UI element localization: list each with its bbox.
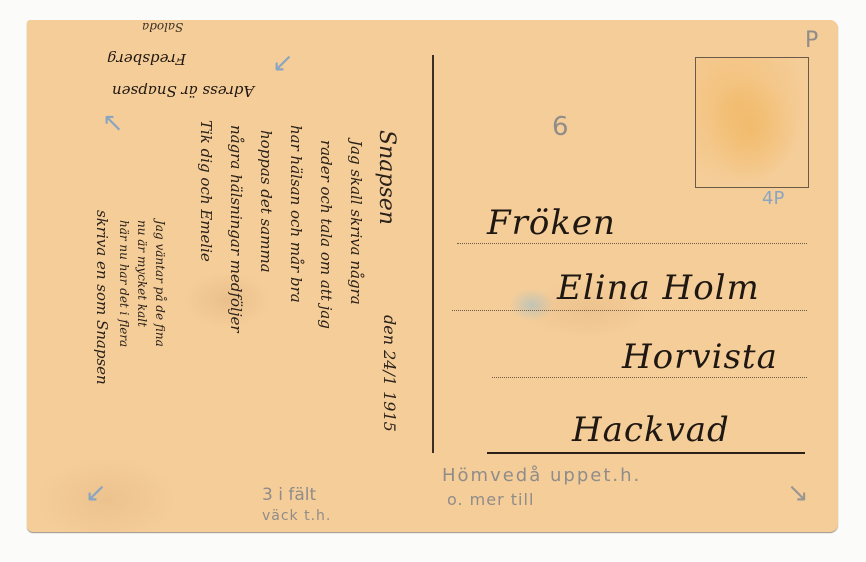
address-city: Hackvad — [572, 410, 730, 450]
message-line: nu är mycket kalt — [135, 220, 149, 327]
arrow-icon: ↘ — [787, 478, 809, 508]
message-date: den 24/1 1915 — [380, 315, 399, 432]
postcard-back: P 4P Fröken Elina Holm Horvista Hackvad … — [27, 20, 838, 532]
address-line-4 — [487, 452, 805, 454]
upside-down-note-3: Saloda — [142, 20, 183, 34]
message-line: hoppas det samma — [257, 130, 275, 273]
message-line: skriva en som Snapsen — [93, 210, 111, 385]
address-name: Elina Holm — [557, 268, 760, 308]
stamp-corner-mark: P — [805, 28, 818, 53]
message-line: här nu har det i flera — [117, 220, 131, 347]
address-line-1 — [457, 243, 807, 244]
pencil-note-bottom-middle-2: o. mer till — [447, 490, 534, 509]
stamp-placeholder-box — [695, 57, 809, 188]
pencil-number: 6 — [552, 112, 569, 142]
message-line: har hälsan och mår bra — [287, 125, 305, 303]
address-line-3 — [492, 377, 807, 378]
pencil-note-bottom-middle-1: Hömvedå uppet.h. — [442, 465, 641, 486]
message-line: några hälsningar medföljer — [227, 125, 245, 333]
stamp-below-mark: 4P — [762, 188, 784, 209]
arrow-icon: ↙ — [272, 48, 294, 78]
arrow-icon: ↙ — [85, 478, 107, 508]
arrow-icon: ↖ — [102, 108, 124, 138]
message-line: Tik dig och Emelie — [197, 120, 215, 262]
upside-down-note-1: Fredsberg — [107, 50, 186, 68]
upside-down-note-2: Adress är Snapsen — [112, 82, 254, 100]
message-line: Jag skall skriva några — [347, 140, 365, 305]
pencil-note-bottom-left-2: väck t.h. — [262, 508, 331, 524]
message-greeting: Snapsen — [374, 130, 399, 225]
pencil-note-bottom-left-1: 3 i fält — [262, 485, 316, 505]
message-line: rader och tala om att jag — [317, 140, 335, 329]
address-salutation: Fröken — [487, 203, 616, 243]
center-divider-line — [432, 55, 434, 453]
address-street: Horvista — [622, 337, 778, 377]
address-line-2 — [452, 310, 807, 311]
message-line: Jag väntar på de fina — [153, 220, 167, 347]
